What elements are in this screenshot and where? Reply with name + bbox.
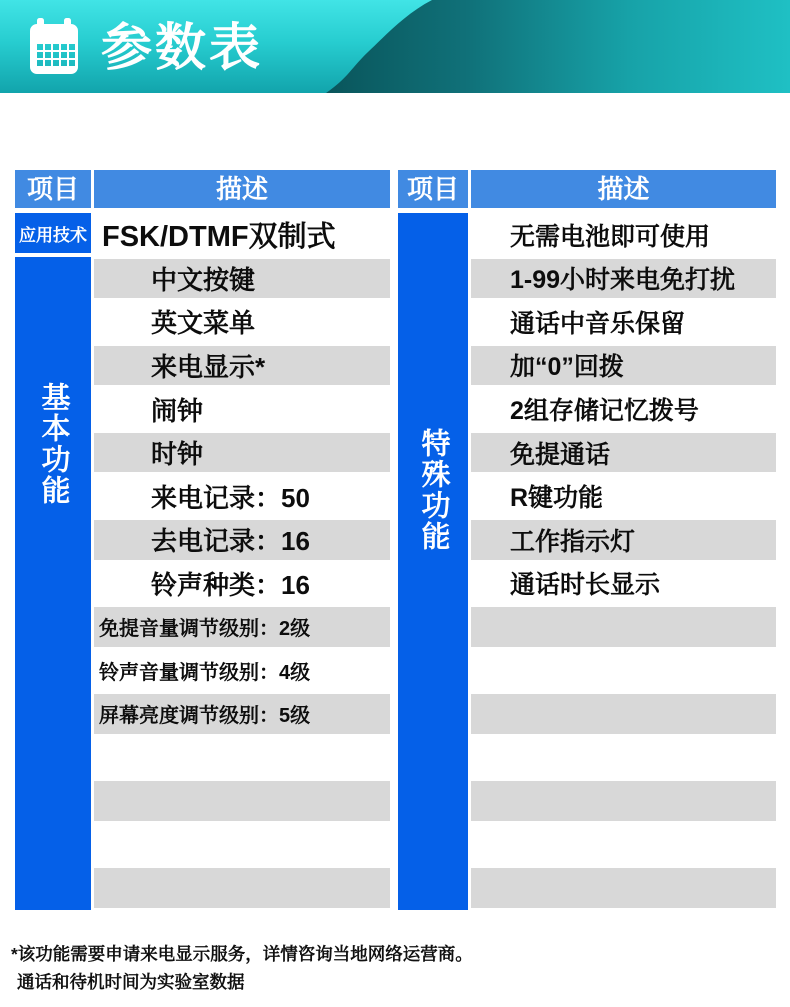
table-row: 铃声音量调节级别：4级 <box>94 649 390 693</box>
footnote-1: *该功能需要申请来电显示服务，详情咨询当地网络运营商。 <box>11 941 473 966</box>
table-row: FSK/DTMF双制式 <box>94 213 390 257</box>
page-title: 参数表 <box>101 0 263 93</box>
table-row <box>471 692 776 736</box>
table-row <box>471 736 776 780</box>
group-label: 应用技术 <box>19 221 87 246</box>
group-cell-basic-functions: 基本功能 <box>15 257 91 911</box>
right-rows-container: 无需电池即可使用1-99小时来电免打扰通话中音乐保留加“0”回拨2组存储记忆拨号… <box>471 213 776 910</box>
table-row <box>471 605 776 649</box>
group-label: 特殊功能 <box>419 428 448 910</box>
table-row <box>471 866 776 910</box>
group-label: 基本功能 <box>39 382 68 911</box>
table-row: 通话时长显示 <box>471 562 776 606</box>
table-row <box>471 823 776 867</box>
table-row: R键功能 <box>471 474 776 518</box>
table-row <box>94 779 390 823</box>
left-spec-table: 项目 描述 应用技术 基本功能 FSK/DTMF双制式中文按键英文菜单来电显示*… <box>15 170 390 910</box>
calendar-icon <box>30 18 78 74</box>
group-cell-app-tech: 应用技术 <box>15 213 91 253</box>
table-row <box>471 779 776 823</box>
table-row: 去电记录：16 <box>94 518 390 562</box>
table-row: 免提通话 <box>471 431 776 475</box>
footnote-2: 通话和待机时间为实验室数据 <box>17 969 245 994</box>
header-cell-item: 项目 <box>15 170 91 208</box>
right-spec-table: 项目 描述 特殊功能 无需电池即可使用1-99小时来电免打扰通话中音乐保留加“0… <box>398 170 776 910</box>
table-row <box>94 736 390 780</box>
table-row: 闹钟 <box>94 387 390 431</box>
table-row: 加“0”回拨 <box>471 344 776 388</box>
table-row: 铃声种类：16 <box>94 562 390 606</box>
table-row: 中文按键 <box>94 257 390 301</box>
table-row: 屏幕亮度调节级别：5级 <box>94 692 390 736</box>
table-row: 英文菜单 <box>94 300 390 344</box>
header-cell-item: 项目 <box>398 170 468 208</box>
group-cell-special-functions: 特殊功能 <box>398 213 468 910</box>
table-header-row: 项目 描述 <box>398 170 776 208</box>
table-row: 免提音量调节级别：2级 <box>94 605 390 649</box>
table-row: 来电记录：50 <box>94 474 390 518</box>
left-rows-container: FSK/DTMF双制式中文按键英文菜单来电显示*闹钟时钟来电记录：50去电记录：… <box>94 213 390 910</box>
table-row <box>94 823 390 867</box>
table-row: 2组存储记忆拨号 <box>471 387 776 431</box>
table-row: 1-99小时来电免打扰 <box>471 257 776 301</box>
header-banner: 参数表 <box>0 0 790 93</box>
table-row: 时钟 <box>94 431 390 475</box>
table-row: 工作指示灯 <box>471 518 776 562</box>
table-header-row: 项目 描述 <box>15 170 390 208</box>
table-row: 来电显示* <box>94 344 390 388</box>
header-cell-desc: 描述 <box>94 170 390 208</box>
table-row <box>471 649 776 693</box>
table-row: 通话中音乐保留 <box>471 300 776 344</box>
table-row <box>94 866 390 910</box>
page: 参数表 项目 描述 应用技术 基本功能 FSK/DTMF双制式中文按键英文菜单来… <box>0 0 790 1007</box>
table-row: 无需电池即可使用 <box>471 213 776 257</box>
header-cell-desc: 描述 <box>471 170 776 208</box>
